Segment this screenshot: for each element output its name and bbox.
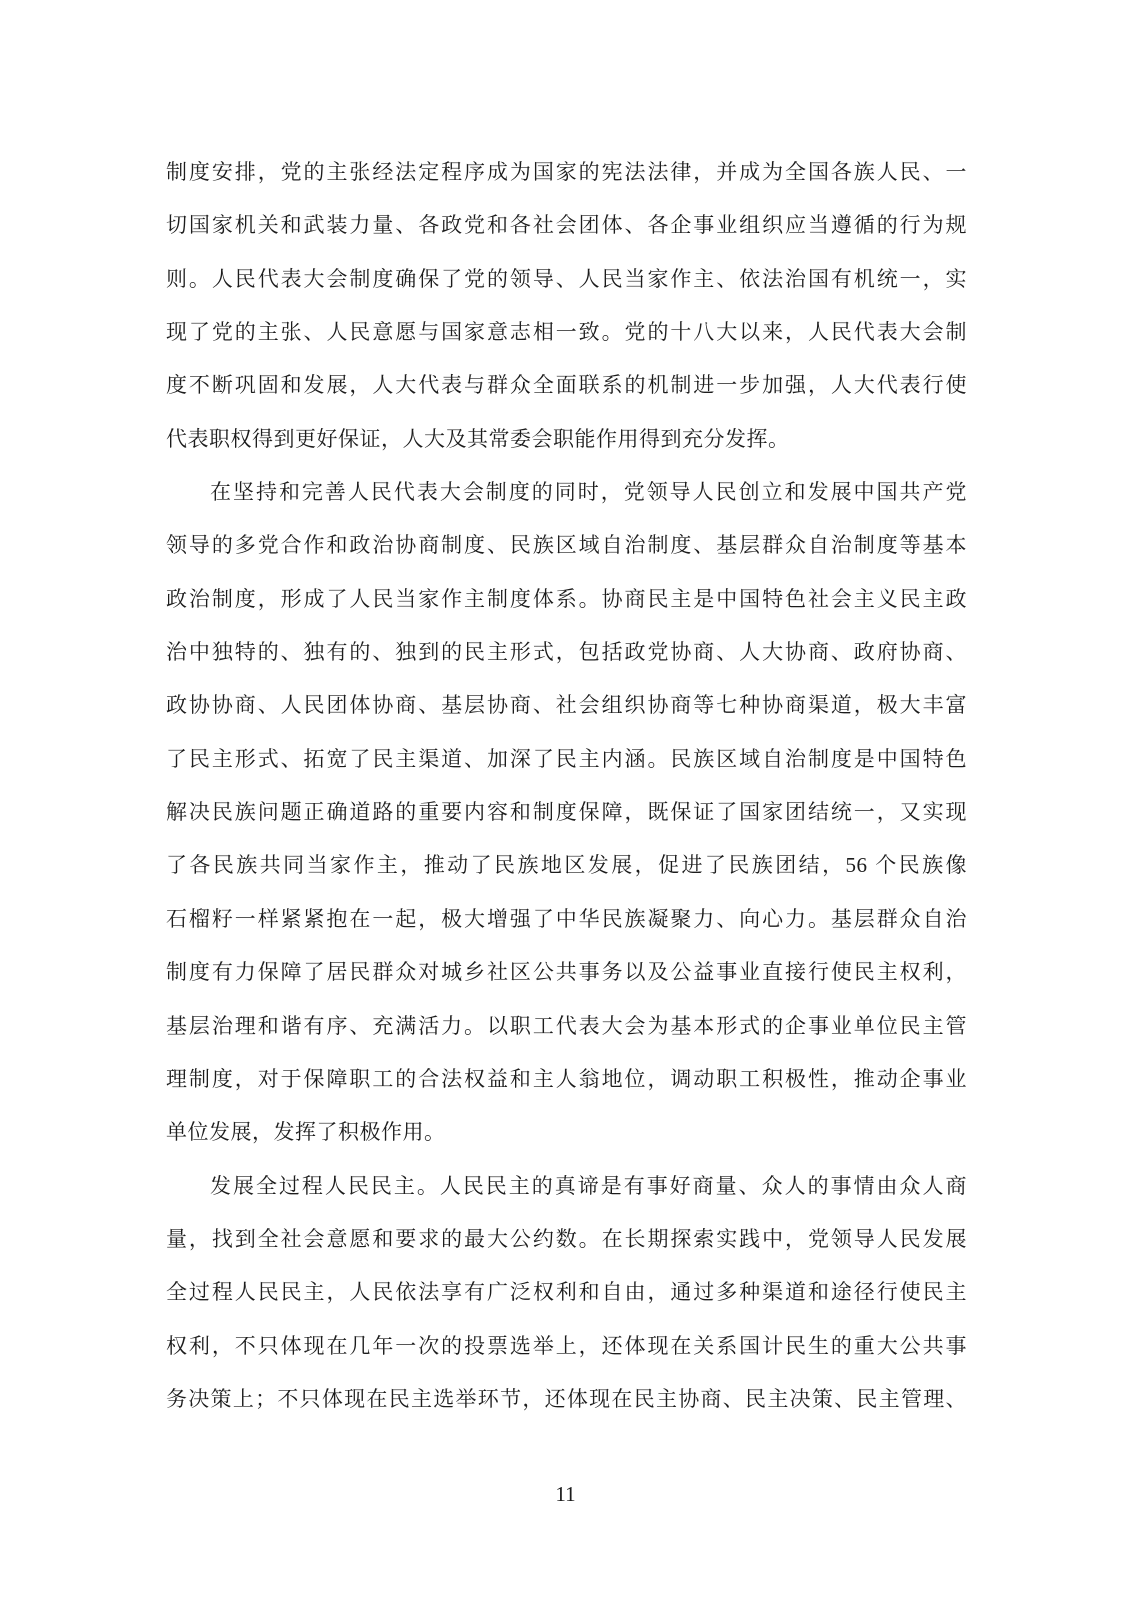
paragraph: 在坚持和完善人民代表大会制度的同时，党领导人民创立和发展中国共产党领导的多党合作…	[166, 466, 967, 1159]
text-line: 基层治理和谐有序、充满活力。以职工代表大会为基本形式的企事业单位民主管	[166, 1000, 967, 1053]
text-line: 解决民族问题正确道路的重要内容和制度保障，既保证了国家团结统一，又实现	[166, 786, 967, 839]
text-line: 政治制度，形成了人民当家作主制度体系。协商民主是中国特色社会主义民主政	[166, 573, 967, 626]
paragraph: 制度安排，党的主张经法定程序成为国家的宪法法律，并成为全国各族人民、一切国家机关…	[166, 146, 967, 466]
document-page: 制度安排，党的主张经法定程序成为国家的宪法法律，并成为全国各族人民、一切国家机关…	[0, 0, 1131, 1600]
text-line: 代表职权得到更好保证，人大及其常委会职能作用得到充分发挥。	[166, 413, 967, 466]
document-body: 制度安排，党的主张经法定程序成为国家的宪法法律，并成为全国各族人民、一切国家机关…	[166, 146, 967, 1426]
text-line: 切国家机关和武装力量、各政党和各社会团体、各企事业组织应当遵循的行为规	[166, 199, 967, 252]
text-line: 了民主形式、拓宽了民主渠道、加深了民主内涵。民族区域自治制度是中国特色	[166, 733, 967, 786]
paragraph: 发展全过程人民民主。人民民主的真谛是有事好商量、众人的事情由众人商量，找到全社会…	[166, 1160, 967, 1427]
text-line: 则。人民代表大会制度确保了党的领导、人民当家作主、依法治国有机统一，实	[166, 253, 967, 306]
text-line: 领导的多党合作和政治协商制度、民族区域自治制度、基层群众自治制度等基本	[166, 519, 967, 572]
text-line: 治中独特的、独有的、独到的民主形式，包括政党协商、人大协商、政府协商、	[166, 626, 967, 679]
text-line: 理制度，对于保障职工的合法权益和主人翁地位，调动职工积极性，推动企事业	[166, 1053, 967, 1106]
text-line: 石榴籽一样紧紧抱在一起，极大增强了中华民族凝聚力、向心力。基层群众自治	[166, 893, 967, 946]
text-line: 制度安排，党的主张经法定程序成为国家的宪法法律，并成为全国各族人民、一	[166, 146, 967, 199]
text-line: 权利，不只体现在几年一次的投票选举上，还体现在关系国计民生的重大公共事	[166, 1320, 967, 1373]
page-number: 11	[0, 1478, 1131, 1510]
text-line: 政协协商、人民团体协商、基层协商、社会组织协商等七种协商渠道，极大丰富	[166, 679, 967, 732]
text-line: 量，找到全社会意愿和要求的最大公约数。在长期探索实践中，党领导人民发展	[166, 1213, 967, 1266]
text-line: 了各民族共同当家作主，推动了民族地区发展，促进了民族团结，56 个民族像	[166, 839, 967, 892]
text-line: 制度有力保障了居民群众对城乡社区公共事务以及公益事业直接行使民主权利，	[166, 946, 967, 999]
text-line: 务决策上；不只体现在民主选举环节，还体现在民主协商、民主决策、民主管理、	[166, 1373, 967, 1426]
text-line: 全过程人民民主，人民依法享有广泛权利和自由，通过多种渠道和途径行使民主	[166, 1266, 967, 1319]
text-line: 单位发展，发挥了积极作用。	[166, 1106, 967, 1159]
text-line: 现了党的主张、人民意愿与国家意志相一致。党的十八大以来，人民代表大会制	[166, 306, 967, 359]
text-line: 在坚持和完善人民代表大会制度的同时，党领导人民创立和发展中国共产党	[166, 466, 967, 519]
text-line: 发展全过程人民民主。人民民主的真谛是有事好商量、众人的事情由众人商	[166, 1160, 967, 1213]
text-line: 度不断巩固和发展，人大代表与群众全面联系的机制进一步加强，人大代表行使	[166, 359, 967, 412]
